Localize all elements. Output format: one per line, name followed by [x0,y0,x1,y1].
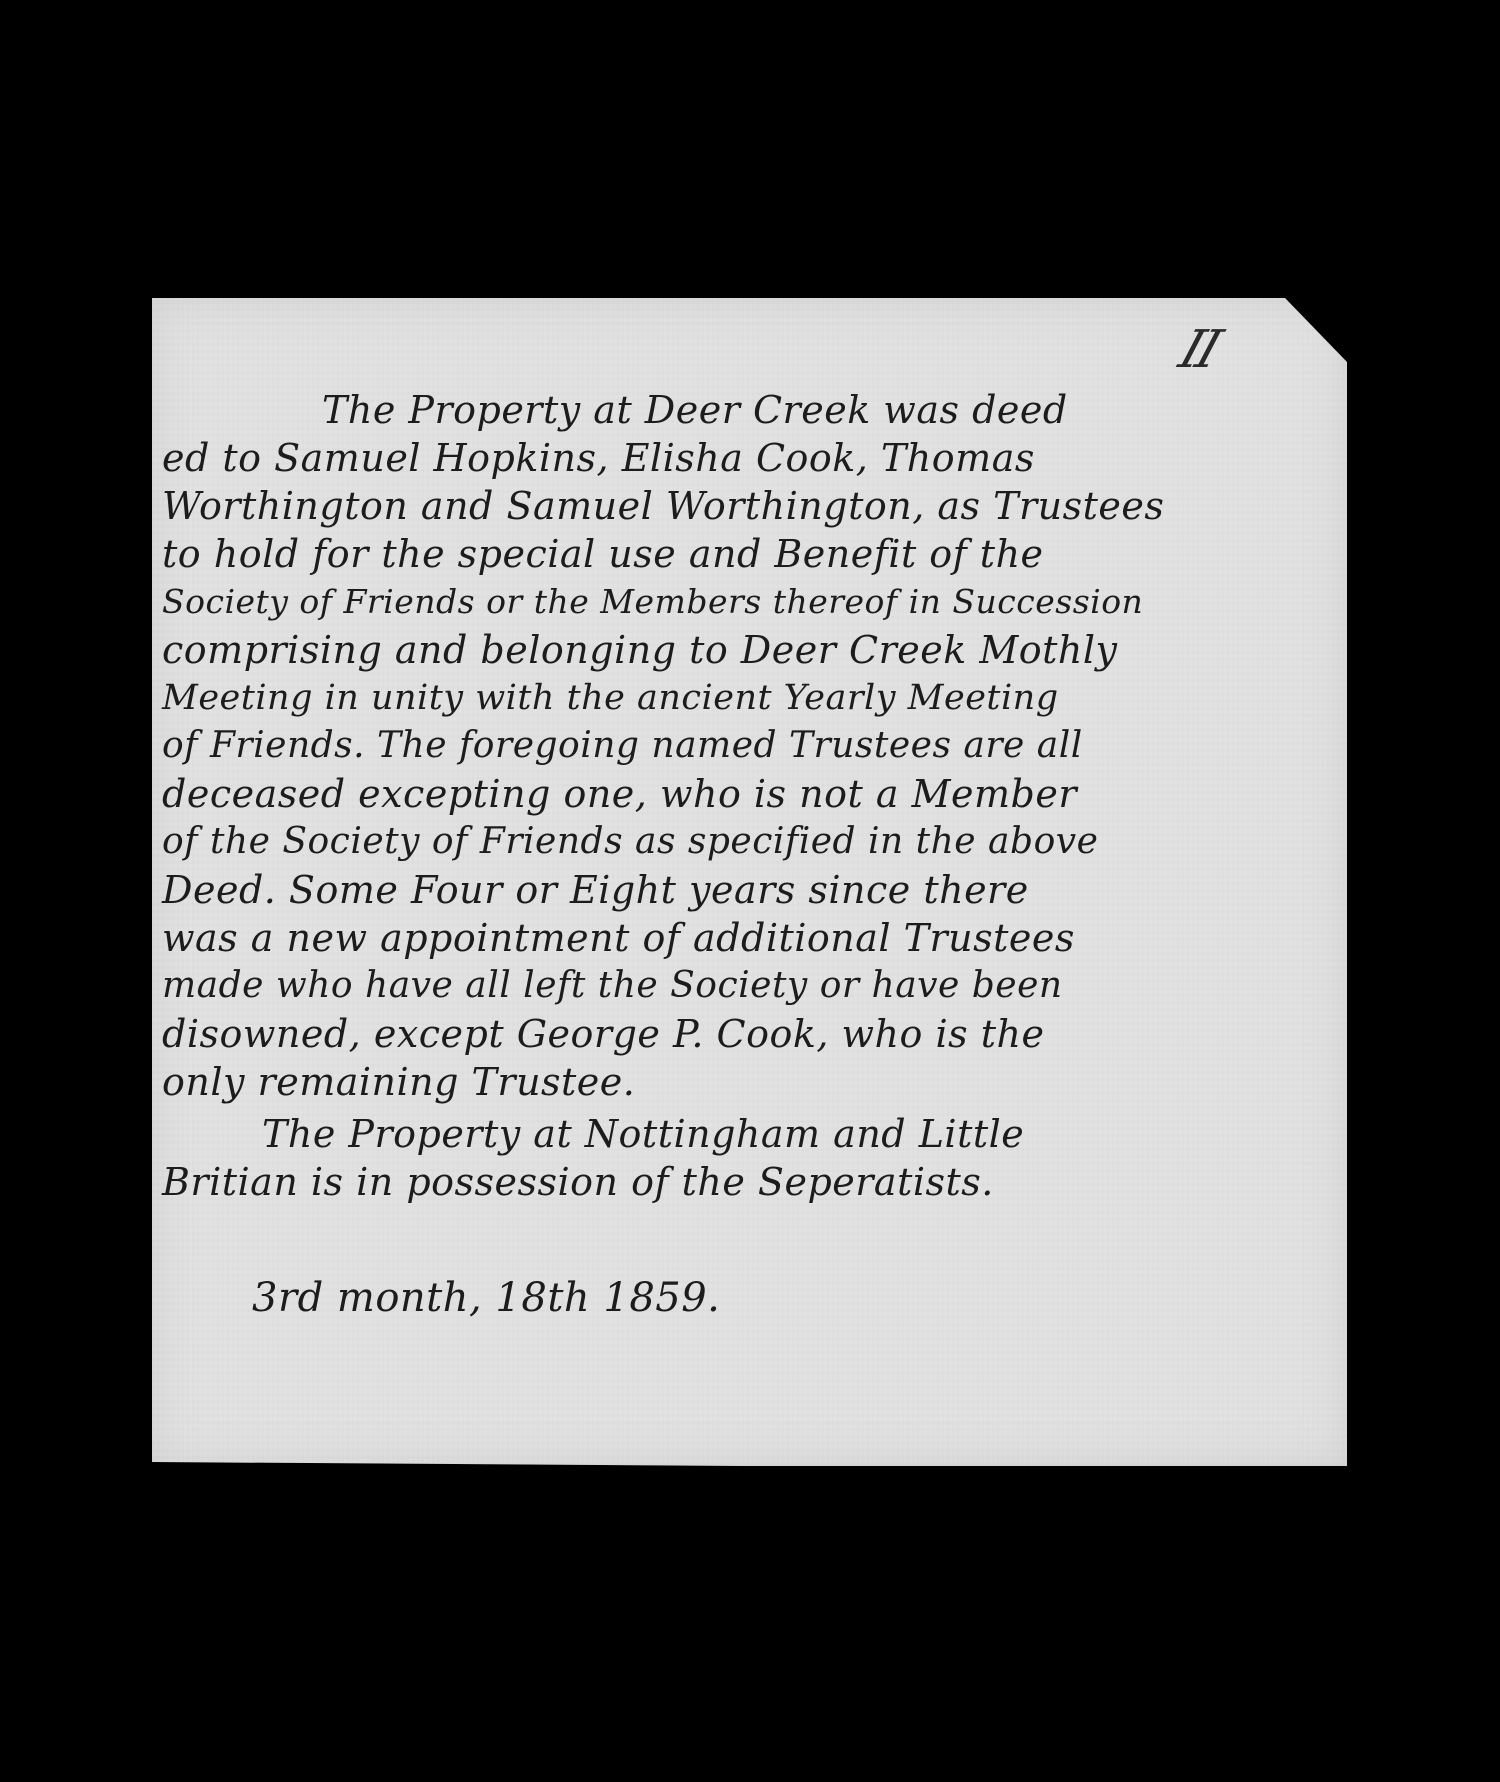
text-line: Worthington and Samuel Worthington, as T… [162,482,1164,530]
folio-number: II [1172,320,1225,380]
text-line: made who have all left the Society or ha… [162,962,1063,1010]
text-line: The Property at Nottingham and Little [262,1110,1024,1158]
text-line: was a new appointment of additional Trus… [162,914,1075,962]
text-line: Society of Friends or the Members thereo… [162,578,1143,626]
text-line: of the Society of Friends as specified i… [162,818,1098,866]
text-line: to hold for the special use and Benefit … [162,530,1044,578]
text-line: The Property at Deer Creek was deed [322,386,1068,434]
text-line: disowned, except George P. Cook, who is … [162,1010,1044,1058]
text-line: Britian is in possession of the Seperati… [162,1158,994,1206]
text-line: of Friends. The foregoing named Trustees… [162,722,1083,770]
text-line: ed to Samuel Hopkins, Elisha Cook, Thoma… [162,434,1035,482]
handwritten-letter-page: II The Property at Deer Creek was deed e… [152,298,1347,1466]
text-line: Deed. Some Four or Eight years since the… [162,866,1029,914]
text-line: Meeting in unity with the ancient Yearly… [162,674,1059,722]
text-line: comprising and belonging to Deer Creek M… [162,626,1117,674]
text-line: deceased excepting one, who is not a Mem… [162,770,1077,818]
text-line: only remaining Trustee. [162,1058,635,1106]
date-line: 3rd month, 18th 1859. [252,1273,720,1323]
